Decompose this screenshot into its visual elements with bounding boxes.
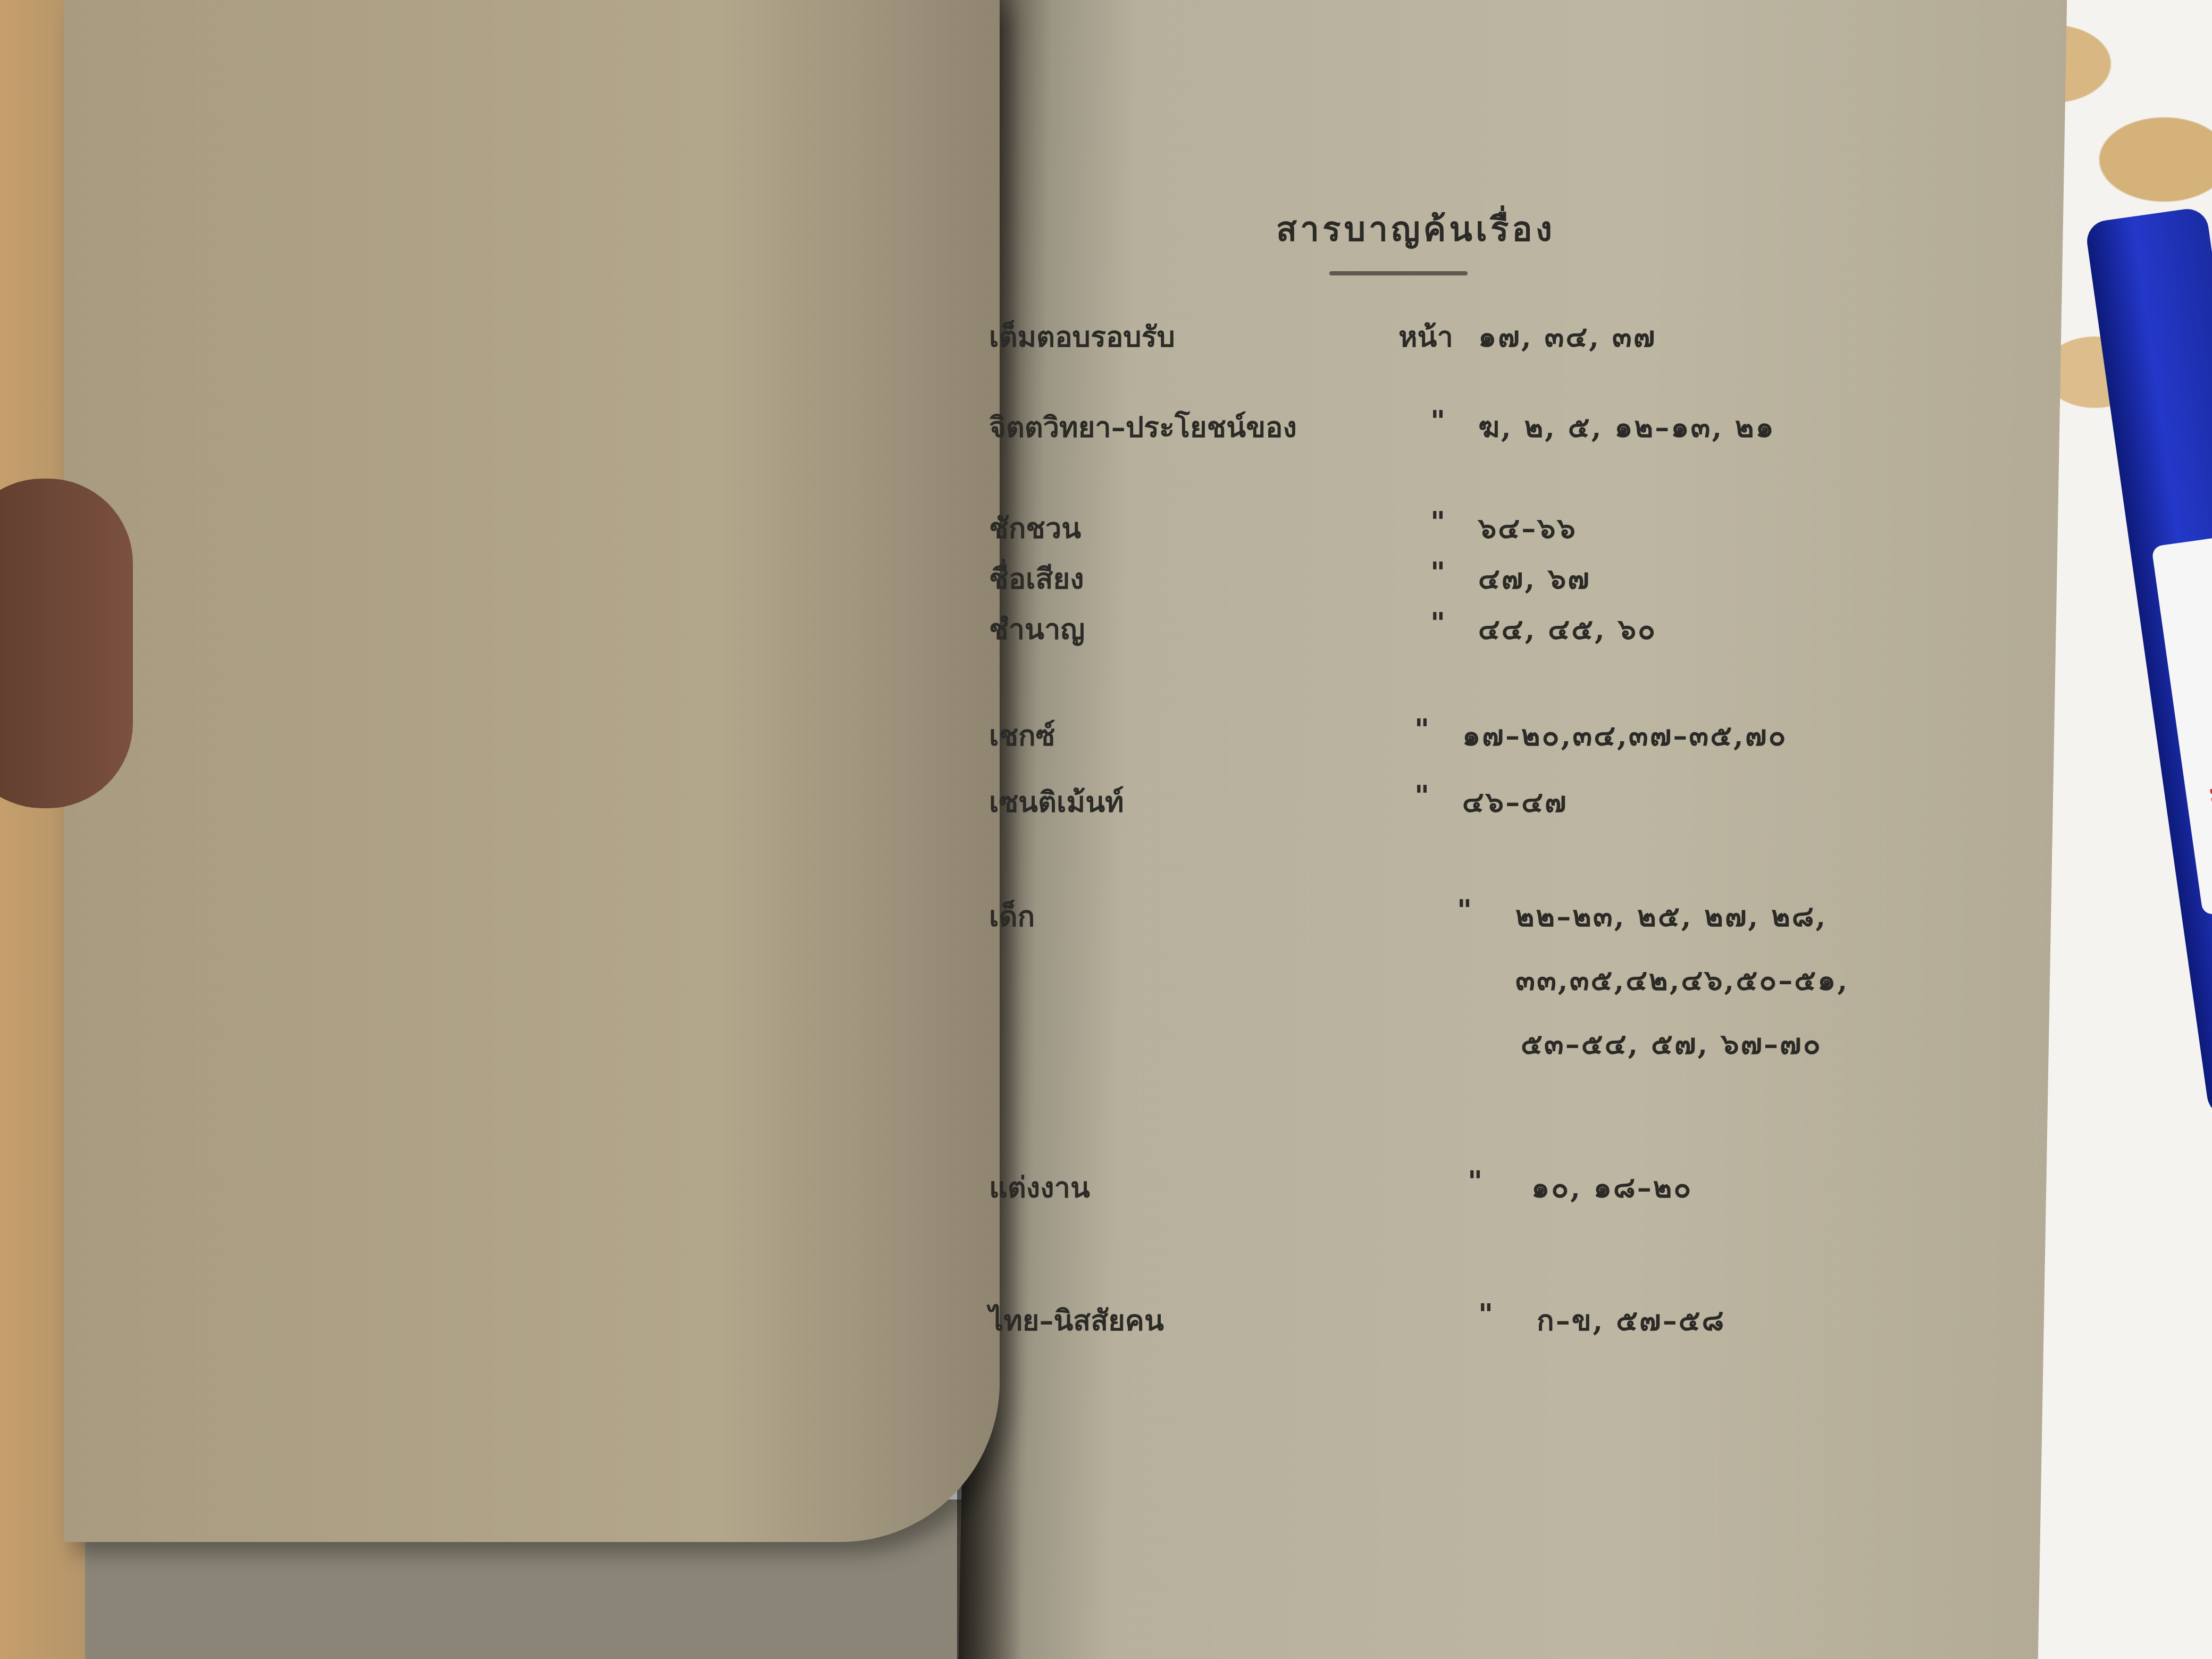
entry-term: เชกซ์ xyxy=(989,713,1055,758)
entry-pages: ๕๓–๕๔, ๕๗, ๖๗–๗๐ xyxy=(1521,1021,1822,1067)
entry-term: ชื่อเสียง xyxy=(989,556,1084,601)
entry-prefix: " xyxy=(1430,606,1445,640)
entry-term: จิตตวิทยา–ประโยชน์ของ xyxy=(989,404,1297,450)
entry-prefix: " xyxy=(1430,505,1445,539)
title-underline xyxy=(1329,271,1468,275)
entry-pages: ๔๔, ๔๕, ๖๐ xyxy=(1478,606,1657,652)
page-title: สารบาญค้นเรื่อง xyxy=(1276,202,1555,256)
entry-pages: ๔๖–๔๗ xyxy=(1462,779,1568,825)
entry-prefix: หน้า xyxy=(1398,314,1453,359)
entry-term: ชักชวน xyxy=(989,505,1081,551)
entry-pages: ๓๓,๓๕,๔๒,๔๖,๕๐–๕๑, xyxy=(1515,957,1849,1003)
entry-term: เด็ก xyxy=(989,893,1035,939)
entry-prefix: " xyxy=(1457,893,1472,927)
entry-term: แต่งงาน xyxy=(989,1164,1090,1210)
entry-prefix: " xyxy=(1478,1297,1493,1331)
entry-pages: ๑๐, ๑๘–๒๐ xyxy=(1531,1164,1692,1210)
entry-pages: ๒๒–๒๓, ๒๕, ๒๗, ๒๘, xyxy=(1515,893,1827,939)
entry-pages: ฆ, ๒, ๕, ๑๒–๑๓, ๒๑ xyxy=(1478,404,1775,450)
thumb xyxy=(0,479,133,808)
entry-prefix: " xyxy=(1468,1164,1482,1199)
entry-prefix: " xyxy=(1430,404,1445,438)
entry-pages: ๑๗, ๓๔, ๓๗ xyxy=(1478,314,1656,359)
entry-term: ไทย–นิสสัยคน xyxy=(989,1297,1164,1343)
entry-term: ชำนาญ xyxy=(989,606,1085,652)
entry-pages: ก–ข, ๕๗–๕๘ xyxy=(1537,1297,1725,1343)
left-page-curled xyxy=(64,0,1000,1542)
entry-pages: ๖๔–๖๖ xyxy=(1478,505,1577,551)
entry-prefix: " xyxy=(1430,556,1445,590)
entry-prefix: " xyxy=(1414,713,1429,747)
entry-prefix: " xyxy=(1414,779,1429,813)
entry-term: เซนติเม้นท์ xyxy=(989,779,1124,825)
entry-pages: ๑๗–๒๐,๓๔,๓๗–๓๕,๗๐ xyxy=(1462,713,1788,758)
photo-scene: UNI สารบาญค้นเรื่อง เต็มตอบรอบรับ หน้า ๑… xyxy=(0,0,2212,1659)
entry-term: เต็มตอบรอบรับ xyxy=(989,314,1175,359)
entry-pages: ๔๗, ๖๗ xyxy=(1478,556,1591,601)
